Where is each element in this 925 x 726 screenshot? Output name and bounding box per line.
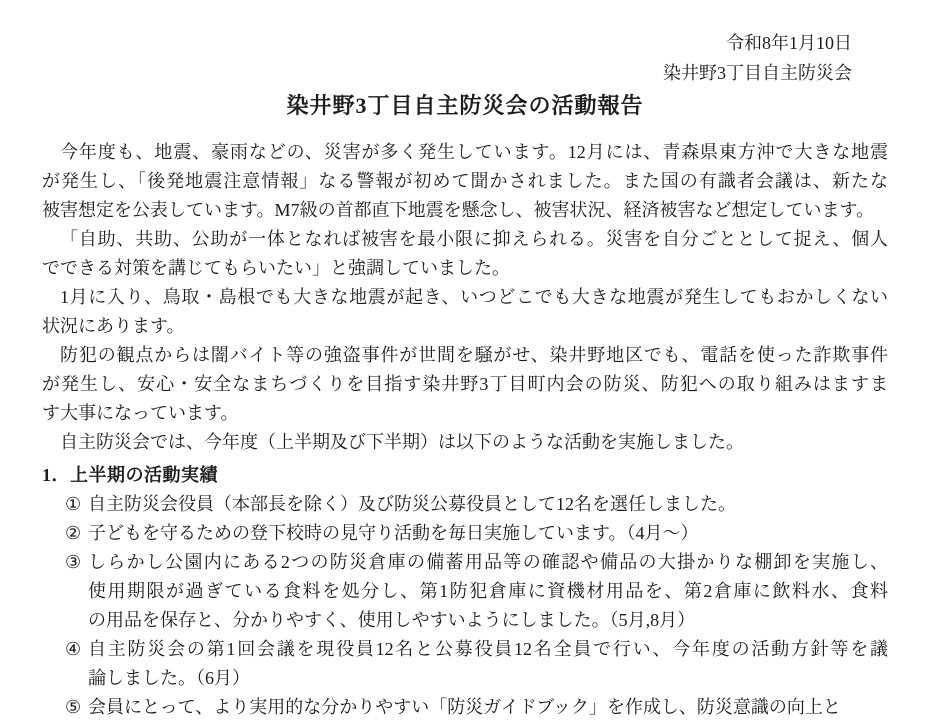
document-page: 令和8年1月10日 染井野3丁目自主防災会 染井野3丁目自主防災会の活動報告 今…	[0, 0, 925, 726]
paragraph-line: 自主防災会では、今年度（上半期及び下半期）は以下のような活動を実施しました。	[42, 428, 888, 457]
paragraph-line: でできる対策を講じてもらいたい」と強調していました。	[42, 254, 888, 283]
paragraph-line: 「自助、共助、公助が一体となれば被害を最小限に抑えられる。災害を自分ごととして捉…	[42, 225, 888, 254]
item-body: 会員にとって、より実用的な分かりやすい「防災ガイドブック」を作成し、防災意識の向…	[88, 693, 888, 722]
list-item: ④ 自主防災会の第1回会議を現役員12名と公募役員12名全員で行い、今年度の活動…	[42, 635, 888, 693]
paragraph-line: 被害想定を公表しています。M7級の首都直下地震を懸念し、被害状況、経済被害など想…	[42, 196, 888, 225]
paragraph-line: が発生し、「後発地震注意情報」なる警報が初めて聞かされました。また国の有識者会議…	[42, 167, 888, 196]
item-line: の用品を保存と、分かりやすく、使用しやすいようにしました。（5月,8月）	[88, 606, 888, 635]
item-marker: ⑤	[65, 693, 88, 722]
paragraph-line: 防犯の観点からは闇バイト等の強盗事件が世間を騒がせ、染井野地区でも、電話を使った…	[42, 341, 888, 370]
item-line: 会員にとって、より実用的な分かりやすい「防災ガイドブック」を作成し、防災意識の向…	[88, 693, 888, 722]
item-marker: ①	[65, 490, 88, 519]
paragraph-january-quakes: 1月に入り、鳥取・島根でも大きな地震が起き、いつどこでも大きな地震が発生してもお…	[42, 283, 888, 341]
paragraph-line: 1月に入り、鳥取・島根でも大きな地震が起き、いつどこでも大きな地震が発生してもお…	[42, 283, 888, 312]
paragraph-line: す大事になっています。	[42, 399, 888, 428]
item-line: しらかし公園内にある2つの防災倉庫の備蓄用品等の確認や備品の大掛かりな棚卸を実施…	[88, 548, 888, 577]
item-body: 自主防災会の第1回会議を現役員12名と公募役員12名全員で行い、今年度の活動方針…	[88, 635, 888, 693]
list-item: ① 自主防災会役員（本部長を除く）及び防災公募役員として12名を選任しました。	[42, 490, 888, 519]
paragraph-line: 状況にあります。	[42, 312, 888, 341]
paragraph-quote: 「自助、共助、公助が一体となれば被害を最小限に抑えられる。災害を自分ごととして捉…	[42, 225, 888, 283]
item-marker: ②	[65, 519, 88, 548]
item-body: 自主防災会役員（本部長を除く）及び防災公募役員として12名を選任しました。	[88, 490, 888, 519]
document-content: 令和8年1月10日 染井野3丁目自主防災会 染井野3丁目自主防災会の活動報告 今…	[0, 0, 925, 722]
list-item: ⑤ 会員にとって、より実用的な分かりやすい「防災ガイドブック」を作成し、防災意識…	[42, 693, 888, 722]
document-header: 令和8年1月10日 染井野3丁目自主防災会	[42, 28, 888, 88]
paragraph-disasters: 今年度も、地震、豪雨などの、災害が多く発生しています。12月には、青森県東方沖で…	[42, 138, 888, 225]
paragraph-activities-intro: 自主防災会では、今年度（上半期及び下半期）は以下のような活動を実施しました。	[42, 428, 888, 457]
document-title: 染井野3丁目自主防災会の活動報告	[42, 90, 888, 122]
item-line: 自主防災会役員（本部長を除く）及び防災公募役員として12名を選任しました。	[88, 490, 888, 519]
paragraph-crime-prevention: 防犯の観点からは闇バイト等の強盗事件が世間を騒がせ、染井野地区でも、電話を使った…	[42, 341, 888, 428]
item-line: 論しました。（6月）	[88, 664, 888, 693]
list-item: ③ しらかし公園内にある2つの防災倉庫の備蓄用品等の確認や備品の大掛かりな棚卸を…	[42, 548, 888, 635]
paragraph-line: が発生し、安心・安全なまちづくりを目指す染井野3丁目町内会の防災、防犯への取り組…	[42, 370, 888, 399]
document-organization: 染井野3丁目自主防災会	[42, 58, 852, 88]
item-line: 自主防災会の第1回会議を現役員12名と公募役員12名全員で行い、今年度の活動方針…	[88, 635, 888, 664]
item-body: しらかし公園内にある2つの防災倉庫の備蓄用品等の確認や備品の大掛かりな棚卸を実施…	[88, 548, 888, 635]
item-marker: ③	[65, 548, 88, 635]
document-date: 令和8年1月10日	[42, 28, 852, 58]
list-item: ② 子どもを守るための登下校時の見守り活動を毎日実施しています。（4月～）	[42, 519, 888, 548]
section-heading-first-half: 1．上半期の活動実績	[42, 461, 888, 490]
item-line: 使用期限が過ぎている食料を処分し、第1防犯倉庫に資機材用品を、第2倉庫に飲料水、…	[88, 577, 888, 606]
item-marker: ④	[65, 635, 88, 693]
item-body: 子どもを守るための登下校時の見守り活動を毎日実施しています。（4月～）	[88, 519, 888, 548]
paragraph-line: 今年度も、地震、豪雨などの、災害が多く発生しています。12月には、青森県東方沖で…	[42, 138, 888, 167]
item-line: 子どもを守るための登下校時の見守り活動を毎日実施しています。（4月～）	[88, 519, 888, 548]
